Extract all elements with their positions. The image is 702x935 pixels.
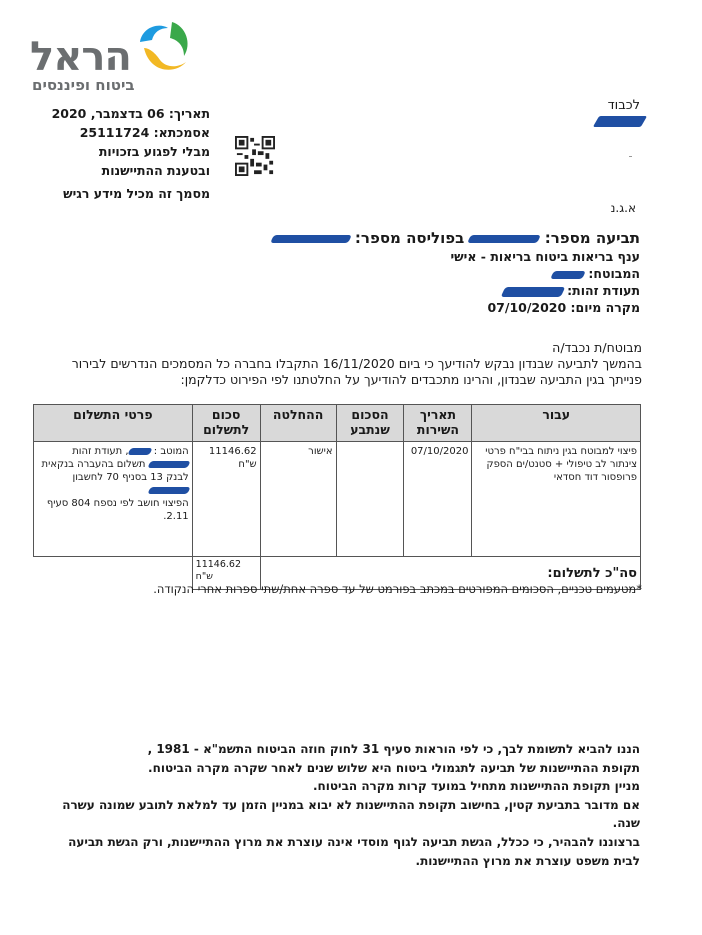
sensitive-notice: מסמך זה מכיל מידע רגיש <box>40 184 210 203</box>
redacted-claim-number <box>468 235 542 243</box>
intro-line-1: בהמשך לתביעה שבנדון נבקש להודיעך כי ביום… <box>42 356 642 372</box>
legal-notice: הננו להביא לתשומת לבך, כי לפי הוראות סעי… <box>40 740 640 870</box>
redacted-insured-name <box>550 271 586 279</box>
greeting-abbrev: א.ג.נ <box>611 201 636 215</box>
redacted-id-number <box>500 287 565 297</box>
legal-line-3: מניין תקופת ההתיישנות מתחיל במועד קרות מ… <box>40 777 640 796</box>
cell-for: פיצוי למבוטח בגין ניתוח בבי"ח פרטי צינתו… <box>472 442 641 557</box>
legal-line-2: תקופת ההתיישנות של תביעה לתגמולי ביטוח ה… <box>40 759 640 778</box>
letter-date: תאריך: 06 בדצמבר, 2020 <box>40 104 210 123</box>
id-line: תעודת זהות: <box>260 282 640 299</box>
intro-paragraph: מבוטח/ת נכבד/ה בהמשך לתביעה שבנדון נבקש … <box>42 340 642 388</box>
col-header-payment-details: פרטי התשלום <box>34 405 193 442</box>
legal-line-1: הננו להביא לתשומת לבך, כי לפי הוראות סעי… <box>40 740 640 759</box>
redacted-recipient-name <box>593 116 647 127</box>
dash-mark <box>629 156 632 157</box>
redacted-beneficiary <box>127 448 152 455</box>
col-header-decision: ההחלטה <box>260 405 336 442</box>
salutation: מבוטח/ת נכבד/ה <box>42 340 642 356</box>
harel-swirl-icon <box>136 18 192 74</box>
event-date: מקרה מיום: 07/10/2020 <box>260 299 640 316</box>
recipient-label: לכבוד <box>608 98 640 113</box>
cell-payment-details: המוטב : , תעודת זהות תשלום בהעברה בנקאית… <box>34 442 193 557</box>
redacted-account-number <box>147 487 190 494</box>
insured-label: המבוטח: <box>588 266 640 281</box>
claim-details: תביעה מספר: בפוליסה מספר: ענף בריאות ביט… <box>260 228 640 316</box>
footnote: *מטעמים טכניים, הסכומים המפורטים במכתב ב… <box>42 582 642 596</box>
policy-number-label: בפוליסה מספר: <box>355 229 464 247</box>
id-label: תעודת זהות: <box>567 283 640 298</box>
claim-number-label: תביעה מספר: <box>545 229 640 247</box>
harel-logo: הראל ביטוח ופיננסים <box>30 18 190 98</box>
rights-notice-2: ובטענת ההתיישנות <box>40 161 210 180</box>
logo-tagline: ביטוח ופיננסים <box>32 76 135 94</box>
intro-line-2: פנייתך בגין התביעה שבנדון, והרינו מתכבדי… <box>42 372 642 388</box>
reference-number: אסמכתא: 25111724 <box>40 123 210 142</box>
rights-notice-1: מבלי לפגוע בזכויות <box>40 142 210 161</box>
cell-claimed <box>336 442 404 557</box>
cell-service-date: 07/10/2020 <box>404 442 472 557</box>
col-header-claimed: הסכום שנתבע <box>336 405 404 442</box>
claim-decision-table: עבור תאריך השירות הסכום שנתבע ההחלטה סכו… <box>33 404 641 590</box>
legal-line-5: ברצוננו להבהיר, כי ככלל, הגשת תביעה לגוף… <box>40 833 640 870</box>
branch-line: ענף בריאות ביטוח בריאות - אישי <box>260 248 640 265</box>
table-row: פיצוי למבוטח בגין ניתוח בבי"ח פרטי צינתו… <box>34 442 641 557</box>
col-header-amount: סכום לתשלום <box>192 405 260 442</box>
claim-title: תביעה מספר: בפוליסה מספר: <box>260 228 640 248</box>
col-header-for: עבור <box>472 405 641 442</box>
col-header-service-date: תאריך השירות <box>404 405 472 442</box>
logo-wordmark: הראל <box>30 34 131 80</box>
cell-amount: 11146.62 ש"ח <box>192 442 260 557</box>
qr-code-icon <box>235 136 275 176</box>
table-header-row: עבור תאריך השירות הסכום שנתבע ההחלטה סכו… <box>34 405 641 442</box>
redacted-beneficiary-id <box>147 461 190 468</box>
insured-line: המבוטח: <box>260 265 640 282</box>
cell-decision: אישור <box>260 442 336 557</box>
letter-meta: תאריך: 06 בדצמבר, 2020 אסמכתא: 25111724 … <box>40 104 210 203</box>
legal-line-4: אם מדובר בתביעת קטין, בחישוב תקופת ההתיי… <box>40 796 640 833</box>
redacted-policy-number <box>270 235 352 243</box>
